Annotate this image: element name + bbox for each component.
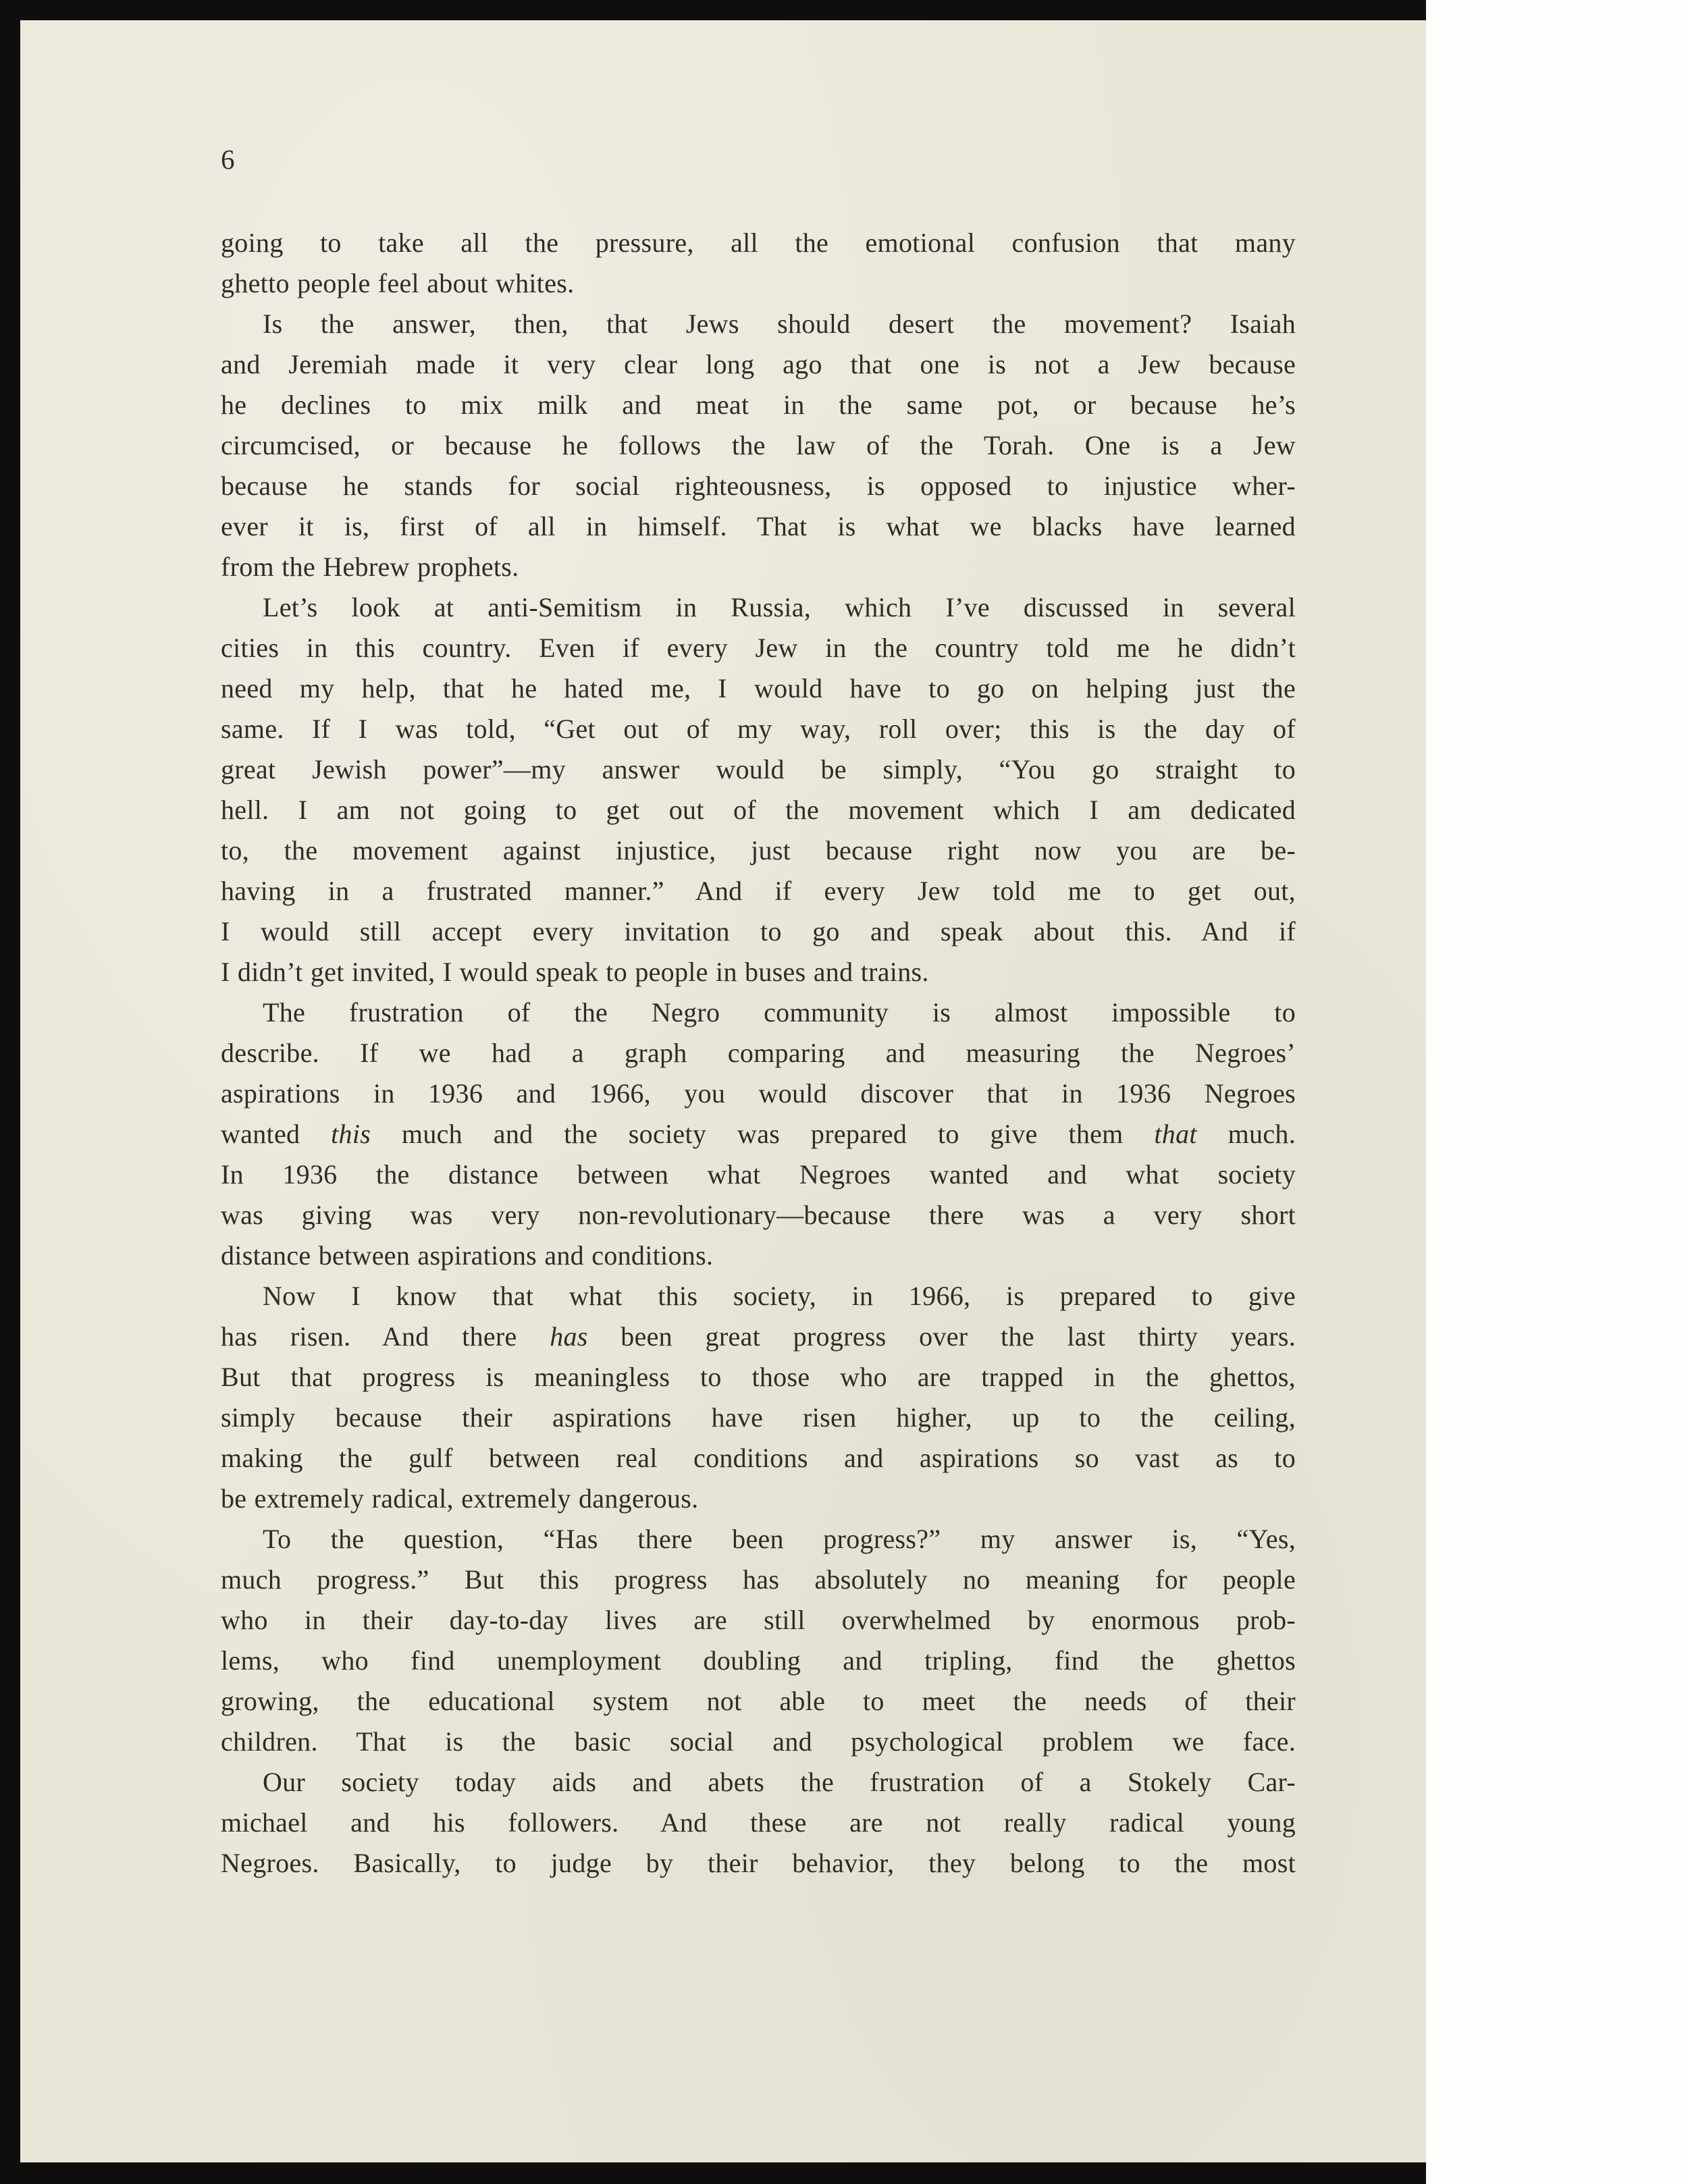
text-line: Negroes. Basically, to judge by their be…: [221, 1843, 1296, 1884]
text-line: hell. I am not going to get out of the m…: [221, 790, 1296, 830]
text-line: from the Hebrew prophets.: [221, 547, 1296, 587]
text-line: Let’s look at anti-Semitism in Russia, w…: [221, 587, 1296, 628]
paragraph: Our society today aids and abets the fru…: [221, 1762, 1296, 1884]
paragraph: Now I know that what this society, in 19…: [221, 1276, 1296, 1519]
text-line: I didn’t get invited, I would speak to p…: [221, 952, 1296, 992]
text-line: growing, the educational system not able…: [221, 1681, 1296, 1722]
paragraph: Let’s look at anti-Semitism in Russia, w…: [221, 587, 1296, 992]
text-line: simply because their aspirations have ri…: [221, 1397, 1296, 1438]
text-line: michael and his followers. And these are…: [221, 1803, 1296, 1843]
text-line: In 1936 the distance between what Negroe…: [221, 1154, 1296, 1195]
adjacent-page-edge: [1426, 0, 1688, 2184]
text-line: Now I know that what this society, in 19…: [221, 1276, 1296, 1316]
text-line: who in their day-to-day lives are still …: [221, 1600, 1296, 1641]
page-number: 6: [221, 143, 235, 176]
text-line: having in a frustrated manner.” And if e…: [221, 871, 1296, 911]
text-line: to, the movement against injustice, just…: [221, 830, 1296, 871]
text-line: lems, who find unemployment doubling and…: [221, 1641, 1296, 1681]
text-line: I would still accept every invitation to…: [221, 911, 1296, 952]
scan-background: 6 going to take all the pressure, all th…: [0, 0, 1688, 2184]
text-line: he declines to mix milk and meat in the …: [221, 385, 1296, 425]
book-page: 6 going to take all the pressure, all th…: [20, 20, 1426, 2162]
text-line: describe. If we had a graph comparing an…: [221, 1033, 1296, 1073]
text-line: great Jewish power”—my answer would be s…: [221, 749, 1296, 790]
text-line: because he stands for social righteousne…: [221, 466, 1296, 506]
paragraph: To the question, “Has there been progres…: [221, 1519, 1296, 1762]
page-text: going to take all the pressure, all the …: [221, 223, 1296, 1884]
text-line: Is the answer, then, that Jews should de…: [221, 304, 1296, 344]
text-line: children. That is the basic social and p…: [221, 1722, 1296, 1762]
text-line: was giving was very non-revolutionary—be…: [221, 1195, 1296, 1235]
paragraph: The frustration of the Negro community i…: [221, 992, 1296, 1276]
paragraph: going to take all the pressure, all the …: [221, 223, 1296, 304]
text-line: wanted this much and the society was pre…: [221, 1114, 1296, 1154]
text-line: To the question, “Has there been progres…: [221, 1519, 1296, 1560]
text-line: making the gulf between real conditions …: [221, 1438, 1296, 1479]
text-line: cities in this country. Even if every Je…: [221, 628, 1296, 668]
text-line: ghetto people feel about whites.: [221, 263, 1296, 304]
text-line: need my help, that he hated me, I would …: [221, 668, 1296, 709]
text-line: But that progress is meaningless to thos…: [221, 1357, 1296, 1397]
text-line: same. If I was told, “Get out of my way,…: [221, 709, 1296, 749]
text-line: going to take all the pressure, all the …: [221, 223, 1296, 263]
text-line: be extremely radical, extremely dangerou…: [221, 1479, 1296, 1519]
text-line: circumcised, or because he follows the l…: [221, 425, 1296, 466]
text-line: ever it is, first of all in himself. Tha…: [221, 506, 1296, 547]
text-line: Our society today aids and abets the fru…: [221, 1762, 1296, 1803]
text-line: aspirations in 1936 and 1966, you would …: [221, 1073, 1296, 1114]
text-line: distance between aspirations and conditi…: [221, 1235, 1296, 1276]
text-line: much progress.” But this progress has ab…: [221, 1560, 1296, 1600]
paragraph: Is the answer, then, that Jews should de…: [221, 304, 1296, 587]
text-line: and Jeremiah made it very clear long ago…: [221, 344, 1296, 385]
text-line: The frustration of the Negro community i…: [221, 992, 1296, 1033]
text-line: has risen. And there has been great prog…: [221, 1316, 1296, 1357]
